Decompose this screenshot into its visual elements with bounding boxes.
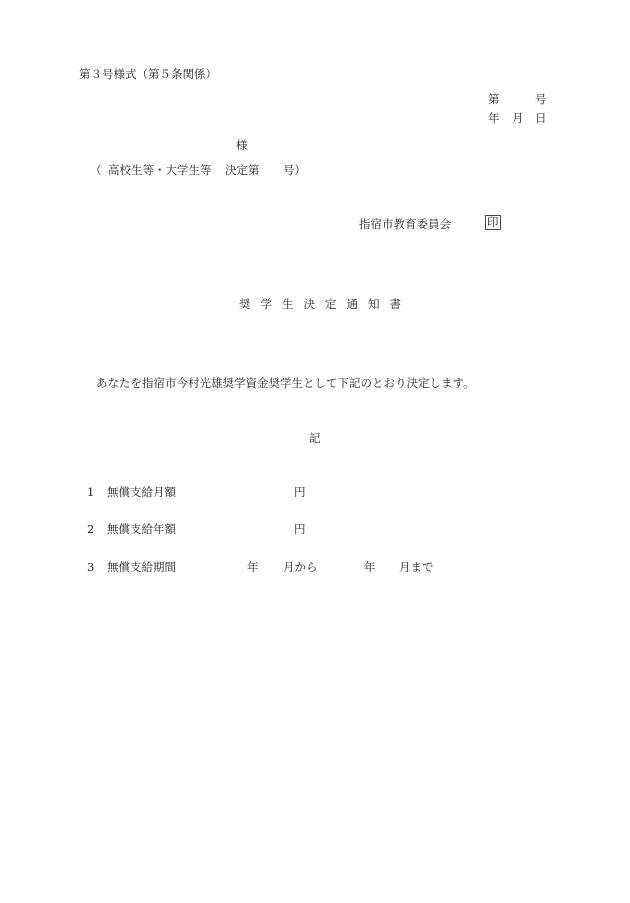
- addressee-honorific: 様: [236, 138, 248, 152]
- date-day: 日: [535, 111, 547, 125]
- ki-heading: 記: [309, 431, 321, 445]
- item-3-label: 無償支給期間: [107, 560, 176, 574]
- item-3-from-year: 年: [247, 560, 259, 574]
- item-1-number: 1: [87, 485, 94, 499]
- item-3-from-month: 月から: [283, 560, 318, 574]
- doc-number-suffix: 号: [535, 92, 547, 106]
- category-open-paren: （: [90, 163, 102, 177]
- issuer-name: 指宿市教育委員会: [359, 217, 451, 231]
- category-list: 高校生等・大学生等: [108, 163, 212, 177]
- date-year: 年: [488, 111, 500, 125]
- item-1-unit: 円: [294, 485, 306, 499]
- date-month: 月: [512, 111, 524, 125]
- item-3-number: 3: [87, 560, 94, 574]
- doc-number-prefix: 第: [488, 92, 500, 106]
- form-header: 第３号様式（第５条関係）: [79, 67, 217, 81]
- seal-mark: 印: [485, 215, 501, 230]
- item-2-unit: 円: [294, 522, 306, 536]
- decision-number-label: 決定第: [225, 163, 260, 177]
- decision-number-suffix: 号）: [283, 163, 306, 177]
- document-title: 奨学生決定通知書: [239, 297, 411, 311]
- item-1-label: 無償支給月額: [107, 485, 176, 499]
- item-2-number: 2: [87, 522, 94, 536]
- item-3-to-month: 月まで: [399, 560, 434, 574]
- item-3-to-year: 年: [364, 560, 376, 574]
- item-2-label: 無償支給年額: [107, 522, 176, 536]
- seal-icon: 印: [485, 215, 501, 230]
- body-text: あなたを指宿市今村光雄奨学資金奨学生として下記のとおり決定します。: [96, 376, 475, 390]
